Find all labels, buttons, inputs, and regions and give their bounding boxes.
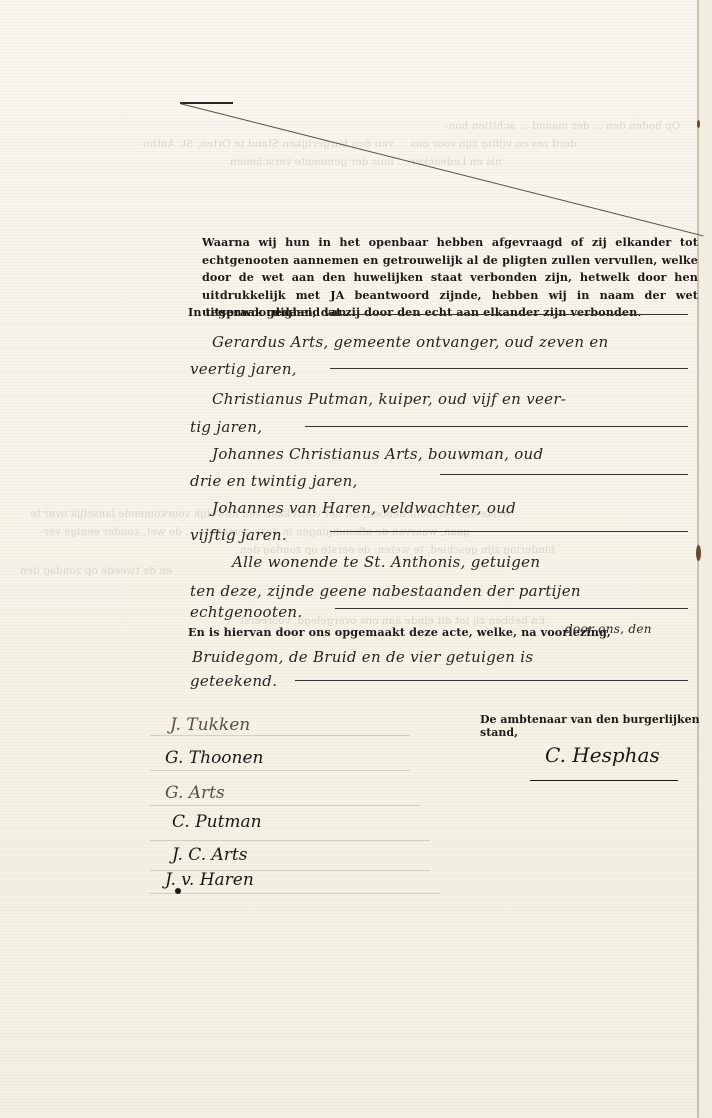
closing-printed: En is hiervan door ons opgemaakt deze ac… xyxy=(188,624,611,642)
signature-underline xyxy=(530,780,678,781)
signature-party-2: G. Thoonen xyxy=(165,748,264,768)
signature-rule xyxy=(150,893,440,894)
witness-3-line-2: drie en twintig jaren, xyxy=(190,472,358,490)
bleed-through-line: Op heden den ... der maand ... achttien … xyxy=(445,120,680,132)
witness-2-line-1: Christianus Putman, kuiper, oud vijf en … xyxy=(212,390,566,408)
signature-party-3: G. Arts xyxy=(165,783,225,803)
scan-margin xyxy=(699,0,712,1118)
witness-4-line-2: vijftig jaren. xyxy=(190,526,287,544)
witness-intro: In tegenwoordigheid van xyxy=(188,304,346,322)
witness-1-line-1: Gerardus Arts, gemeente ontvanger, oud z… xyxy=(212,333,609,351)
witness-4-line-1: Johannes van Haren, veldwachter, oud xyxy=(212,499,516,517)
closing-hand-2: Bruidegom, de Bruid en de vier getuigen … xyxy=(192,648,533,666)
cancel-dash xyxy=(180,102,233,104)
witness-3-line-1: Johannes Christianus Arts, bouwman, oud xyxy=(212,445,543,463)
fill-rule xyxy=(440,474,688,475)
signature-rule xyxy=(150,770,410,771)
residence-line-2: ten deze, zijnde geene nabestaanden der … xyxy=(190,582,581,600)
residence-line-1: Alle wonende te St. Anthonis, getuigen xyxy=(232,553,540,571)
bleed-through-line: nis en Ledeacker ... huis der gemeente v… xyxy=(230,156,502,168)
fill-rule xyxy=(335,608,688,609)
official-label: De ambtenaar van den burgerlijken stand, xyxy=(480,713,712,739)
fill-rule xyxy=(330,531,688,532)
ink-stain xyxy=(697,120,700,128)
signature-party-4: C. Putman xyxy=(172,812,262,832)
signature-rule xyxy=(150,805,420,806)
signature-rule xyxy=(150,840,430,841)
fill-rule xyxy=(305,426,688,427)
bleed-through-line: en de tweede op zondag den xyxy=(20,565,172,577)
signature-party-6: J. v. Haren xyxy=(165,870,254,890)
fill-rule xyxy=(330,368,688,369)
residence-line-3: echtgenooten. xyxy=(190,603,302,621)
signature-rule xyxy=(150,735,410,736)
closing-hand-3: geteekend. xyxy=(190,672,277,690)
witness-1-line-2: veertig jaren, xyxy=(190,360,297,378)
signature-party-1: J. Tukken xyxy=(170,715,250,735)
signature-party-5: J. C. Arts xyxy=(172,845,247,865)
fill-rule xyxy=(330,314,688,315)
closing-hand-1: door ons, den xyxy=(565,622,652,636)
fill-rule xyxy=(295,680,688,681)
ink-blot xyxy=(175,888,181,894)
official-signature: C. Hesphas xyxy=(545,743,660,767)
witness-2-line-2: tig jaren, xyxy=(190,418,262,436)
ink-stain xyxy=(696,545,701,561)
